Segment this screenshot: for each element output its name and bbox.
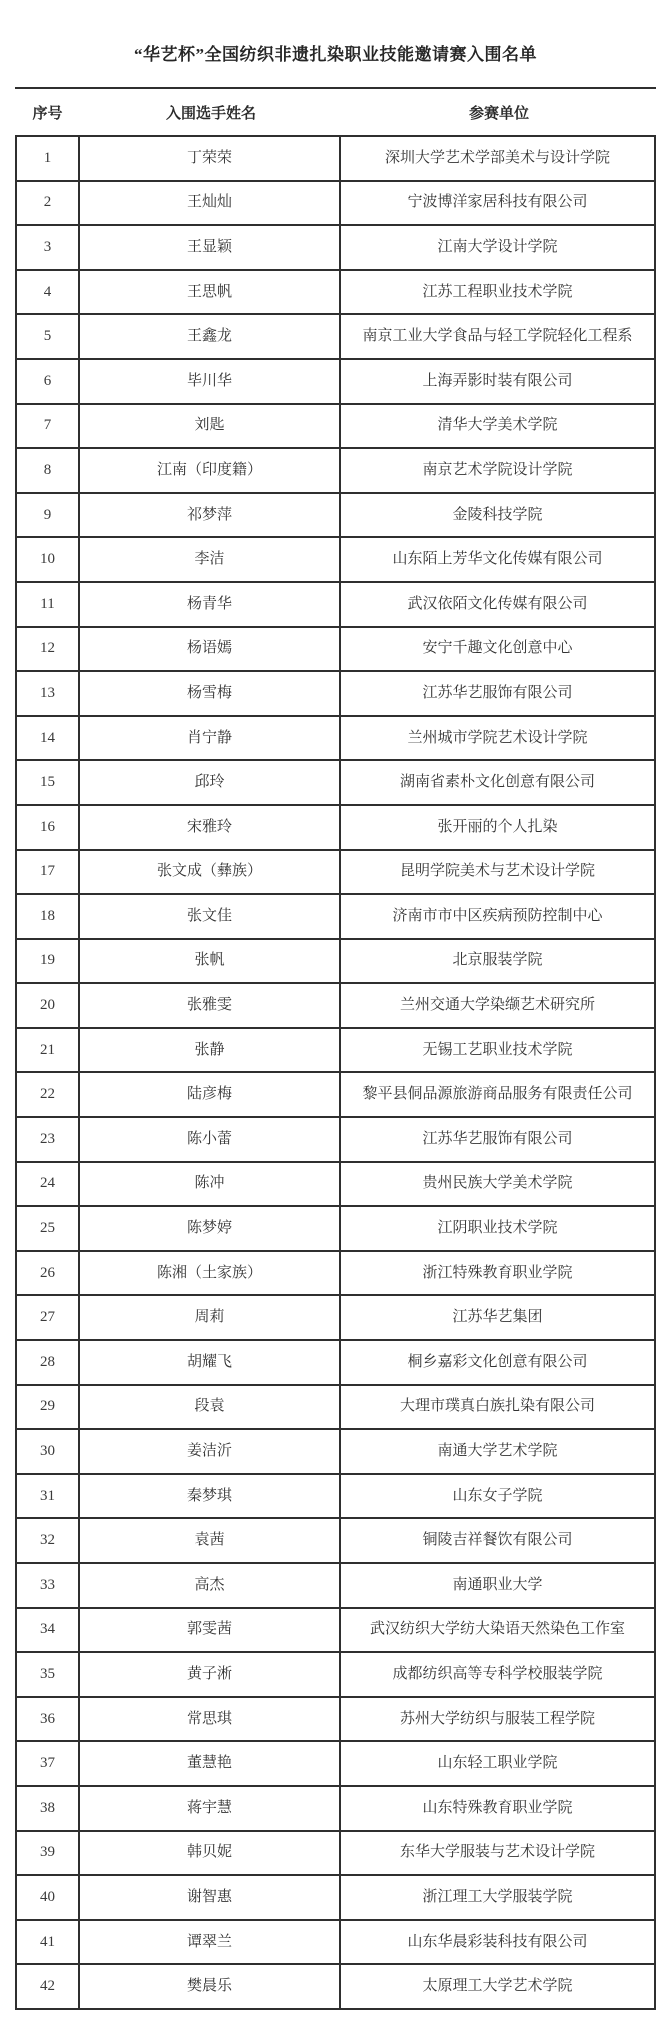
cell-serial-number: 6 [17,360,80,403]
cell-participating-unit: 南京工业大学食品与轻工学院轻化工程系 [341,315,654,358]
cell-contestant-name: 杨青华 [80,583,341,626]
cell-participating-unit: 江苏华艺集团 [341,1296,654,1339]
table-row: 10 李洁 山东陌上芳华文化传媒有限公司 [17,538,654,583]
cell-contestant-name: 谭翠兰 [80,1921,341,1964]
cell-contestant-name: 张文成（彝族） [80,851,341,894]
cell-participating-unit: 湖南省素朴文化创意有限公司 [341,761,654,804]
cell-serial-number: 34 [17,1609,80,1652]
cell-participating-unit: 铜陵吉祥餐饮有限公司 [341,1519,654,1562]
page-title: “华艺杯”全国纺织非遗扎染职业技能邀请赛入围名单 [15,0,656,87]
cell-contestant-name: 陈梦婷 [80,1207,341,1250]
cell-serial-number: 42 [17,1965,80,2008]
cell-serial-number: 16 [17,806,80,849]
table-row: 16 宋雅玲 张开丽的个人扎染 [17,806,654,851]
cell-serial-number: 2 [17,182,80,225]
cell-contestant-name: 王思帆 [80,271,341,314]
cell-serial-number: 8 [17,449,80,492]
table-row: 32 袁茜 铜陵吉祥餐饮有限公司 [17,1519,654,1564]
table-row: 5 王鑫龙 南京工业大学食品与轻工学院轻化工程系 [17,315,654,360]
cell-participating-unit: 浙江理工大学服装学院 [341,1876,654,1919]
cell-contestant-name: 宋雅玲 [80,806,341,849]
cell-contestant-name: 王显颖 [80,226,341,269]
cell-participating-unit: 宁波博洋家居科技有限公司 [341,182,654,225]
table-row: 12 杨语嫣 安宁千趣文化创意中心 [17,628,654,673]
cell-contestant-name: 邱玲 [80,761,341,804]
table-row: 7 刘匙 清华大学美术学院 [17,405,654,450]
table-row: 18 张文佳 济南市市中区疾病预防控制中心 [17,895,654,940]
cell-serial-number: 7 [17,405,80,448]
cell-serial-number: 15 [17,761,80,804]
table-row: 1 丁荣荣 深圳大学艺术学部美术与设计学院 [17,137,654,182]
cell-contestant-name: 王鑫龙 [80,315,341,358]
cell-serial-number: 26 [17,1252,80,1295]
table-row: 26 陈湘（土家族） 浙江特殊教育职业学院 [17,1252,654,1297]
table-row: 38 蒋宇慧 山东特殊教育职业学院 [17,1787,654,1832]
table-row: 40 谢智惠 浙江理工大学服装学院 [17,1876,654,1921]
cell-contestant-name: 陈小蕾 [80,1118,341,1161]
table-body: 1 丁荣荣 深圳大学艺术学部美术与设计学院 2 王灿灿 宁波博洋家居科技有限公司… [15,135,656,2010]
cell-serial-number: 5 [17,315,80,358]
cell-serial-number: 28 [17,1341,80,1384]
cell-participating-unit: 江苏华艺服饰有限公司 [341,672,654,715]
cell-serial-number: 40 [17,1876,80,1919]
cell-serial-number: 22 [17,1073,80,1116]
table-row: 30 姜洁沂 南通大学艺术学院 [17,1430,654,1475]
table-row: 41 谭翠兰 山东华晨彩装科技有限公司 [17,1921,654,1966]
table-row: 28 胡耀飞 桐乡嘉彩文化创意有限公司 [17,1341,654,1386]
header-serial-number: 序号 [15,102,80,123]
table-row: 9 祁梦萍 金陵科技学院 [17,494,654,539]
table-row: 22 陆彦梅 黎平县侗品源旅游商品服务有限责任公司 [17,1073,654,1118]
cell-serial-number: 24 [17,1163,80,1206]
cell-serial-number: 10 [17,538,80,581]
cell-contestant-name: 黄子淅 [80,1653,341,1696]
cell-participating-unit: 黎平县侗品源旅游商品服务有限责任公司 [341,1073,654,1116]
cell-participating-unit: 太原理工大学艺术学院 [341,1965,654,2008]
table-header-row: 序号 入围选手姓名 参赛单位 [15,89,656,135]
cell-participating-unit: 北京服装学院 [341,940,654,983]
cell-contestant-name: 秦梦琪 [80,1475,341,1518]
cell-serial-number: 33 [17,1564,80,1607]
cell-contestant-name: 王灿灿 [80,182,341,225]
cell-serial-number: 9 [17,494,80,537]
cell-participating-unit: 山东华晨彩装科技有限公司 [341,1921,654,1964]
table-row: 42 樊晨乐 太原理工大学艺术学院 [17,1965,654,2008]
document-page: “华艺杯”全国纺织非遗扎染职业技能邀请赛入围名单 序号 入围选手姓名 参赛单位 … [0,0,671,2010]
table-row: 35 黄子淅 成都纺织高等专科学校服装学院 [17,1653,654,1698]
cell-contestant-name: 陈湘（土家族） [80,1252,341,1295]
header-contestant-name: 入围选手姓名 [80,102,342,123]
cell-contestant-name: 张雅雯 [80,984,341,1027]
cell-contestant-name: 杨语嫣 [80,628,341,671]
cell-serial-number: 19 [17,940,80,983]
cell-participating-unit: 浙江特殊教育职业学院 [341,1252,654,1295]
cell-contestant-name: 韩贝妮 [80,1832,341,1875]
table-row: 24 陈冲 贵州民族大学美术学院 [17,1163,654,1208]
cell-contestant-name: 杨雪梅 [80,672,341,715]
cell-participating-unit: 兰州城市学院艺术设计学院 [341,717,654,760]
table-row: 33 高杰 南通职业大学 [17,1564,654,1609]
cell-contestant-name: 周莉 [80,1296,341,1339]
cell-contestant-name: 江南（印度籍） [80,449,341,492]
cell-contestant-name: 张静 [80,1029,341,1072]
cell-serial-number: 35 [17,1653,80,1696]
cell-serial-number: 4 [17,271,80,314]
cell-participating-unit: 上海弄影时装有限公司 [341,360,654,403]
cell-serial-number: 32 [17,1519,80,1562]
table-row: 20 张雅雯 兰州交通大学染缬艺术研究所 [17,984,654,1029]
cell-contestant-name: 陈冲 [80,1163,341,1206]
cell-serial-number: 12 [17,628,80,671]
cell-serial-number: 20 [17,984,80,1027]
cell-serial-number: 29 [17,1386,80,1429]
cell-contestant-name: 常思琪 [80,1698,341,1741]
cell-serial-number: 17 [17,851,80,894]
cell-participating-unit: 山东轻工职业学院 [341,1742,654,1785]
header-participating-unit: 参赛单位 [342,102,656,123]
cell-serial-number: 3 [17,226,80,269]
cell-contestant-name: 谢智惠 [80,1876,341,1919]
cell-contestant-name: 高杰 [80,1564,341,1607]
table-row: 27 周莉 江苏华艺集团 [17,1296,654,1341]
cell-contestant-name: 毕川华 [80,360,341,403]
cell-participating-unit: 江苏华艺服饰有限公司 [341,1118,654,1161]
cell-participating-unit: 武汉依陌文化传媒有限公司 [341,583,654,626]
cell-serial-number: 41 [17,1921,80,1964]
table-row: 8 江南（印度籍） 南京艺术学院设计学院 [17,449,654,494]
cell-serial-number: 11 [17,583,80,626]
table-row: 29 段袁 大理市璞真白族扎染有限公司 [17,1386,654,1431]
cell-contestant-name: 张文佳 [80,895,341,938]
cell-participating-unit: 清华大学美术学院 [341,405,654,448]
table-row: 3 王显颖 江南大学设计学院 [17,226,654,271]
cell-contestant-name: 李洁 [80,538,341,581]
cell-serial-number: 38 [17,1787,80,1830]
cell-participating-unit: 南通大学艺术学院 [341,1430,654,1473]
table-row: 36 常思琪 苏州大学纺织与服装工程学院 [17,1698,654,1743]
cell-serial-number: 14 [17,717,80,760]
cell-participating-unit: 安宁千趣文化创意中心 [341,628,654,671]
table-row: 21 张静 无锡工艺职业技术学院 [17,1029,654,1074]
cell-participating-unit: 昆明学院美术与艺术设计学院 [341,851,654,894]
table-row: 25 陈梦婷 江阴职业技术学院 [17,1207,654,1252]
cell-contestant-name: 郭雯茜 [80,1609,341,1652]
cell-serial-number: 13 [17,672,80,715]
table-row: 39 韩贝妮 东华大学服装与艺术设计学院 [17,1832,654,1877]
cell-contestant-name: 丁荣荣 [80,137,341,180]
table-row: 17 张文成（彝族） 昆明学院美术与艺术设计学院 [17,851,654,896]
cell-serial-number: 30 [17,1430,80,1473]
cell-participating-unit: 江阴职业技术学院 [341,1207,654,1250]
table-row: 15 邱玲 湖南省素朴文化创意有限公司 [17,761,654,806]
cell-serial-number: 36 [17,1698,80,1741]
cell-contestant-name: 张帆 [80,940,341,983]
cell-participating-unit: 桐乡嘉彩文化创意有限公司 [341,1341,654,1384]
cell-participating-unit: 山东女子学院 [341,1475,654,1518]
cell-contestant-name: 胡耀飞 [80,1341,341,1384]
cell-participating-unit: 无锡工艺职业技术学院 [341,1029,654,1072]
cell-contestant-name: 樊晨乐 [80,1965,341,2008]
cell-serial-number: 23 [17,1118,80,1161]
cell-participating-unit: 江苏工程职业技术学院 [341,271,654,314]
cell-serial-number: 1 [17,137,80,180]
cell-participating-unit: 济南市市中区疾病预防控制中心 [341,895,654,938]
table-row: 2 王灿灿 宁波博洋家居科技有限公司 [17,182,654,227]
cell-participating-unit: 东华大学服装与艺术设计学院 [341,1832,654,1875]
cell-serial-number: 21 [17,1029,80,1072]
cell-serial-number: 27 [17,1296,80,1339]
table-row: 37 董慧艳 山东轻工职业学院 [17,1742,654,1787]
cell-participating-unit: 贵州民族大学美术学院 [341,1163,654,1206]
cell-serial-number: 37 [17,1742,80,1785]
table-row: 23 陈小蕾 江苏华艺服饰有限公司 [17,1118,654,1163]
table-row: 6 毕川华 上海弄影时装有限公司 [17,360,654,405]
cell-participating-unit: 大理市璞真白族扎染有限公司 [341,1386,654,1429]
cell-participating-unit: 武汉纺织大学纺大染语天然染色工作室 [341,1609,654,1652]
table-row: 11 杨青华 武汉依陌文化传媒有限公司 [17,583,654,628]
cell-serial-number: 25 [17,1207,80,1250]
cell-participating-unit: 苏州大学纺织与服装工程学院 [341,1698,654,1741]
cell-contestant-name: 肖宁静 [80,717,341,760]
cell-participating-unit: 南京艺术学院设计学院 [341,449,654,492]
cell-participating-unit: 山东陌上芳华文化传媒有限公司 [341,538,654,581]
cell-participating-unit: 金陵科技学院 [341,494,654,537]
table-row: 4 王思帆 江苏工程职业技术学院 [17,271,654,316]
cell-serial-number: 39 [17,1832,80,1875]
cell-participating-unit: 张开丽的个人扎染 [341,806,654,849]
table-row: 31 秦梦琪 山东女子学院 [17,1475,654,1520]
cell-serial-number: 31 [17,1475,80,1518]
table-row: 19 张帆 北京服装学院 [17,940,654,985]
table-row: 34 郭雯茜 武汉纺织大学纺大染语天然染色工作室 [17,1609,654,1654]
cell-contestant-name: 陆彦梅 [80,1073,341,1116]
table-row: 14 肖宁静 兰州城市学院艺术设计学院 [17,717,654,762]
cell-contestant-name: 刘匙 [80,405,341,448]
cell-contestant-name: 祁梦萍 [80,494,341,537]
cell-contestant-name: 董慧艳 [80,1742,341,1785]
cell-participating-unit: 兰州交通大学染缬艺术研究所 [341,984,654,1027]
cell-serial-number: 18 [17,895,80,938]
cell-participating-unit: 江南大学设计学院 [341,226,654,269]
cell-participating-unit: 南通职业大学 [341,1564,654,1607]
table-row: 13 杨雪梅 江苏华艺服饰有限公司 [17,672,654,717]
cell-participating-unit: 山东特殊教育职业学院 [341,1787,654,1830]
cell-contestant-name: 蒋宇慧 [80,1787,341,1830]
cell-participating-unit: 成都纺织高等专科学校服装学院 [341,1653,654,1696]
cell-contestant-name: 姜洁沂 [80,1430,341,1473]
cell-participating-unit: 深圳大学艺术学部美术与设计学院 [341,137,654,180]
cell-contestant-name: 袁茜 [80,1519,341,1562]
cell-contestant-name: 段袁 [80,1386,341,1429]
